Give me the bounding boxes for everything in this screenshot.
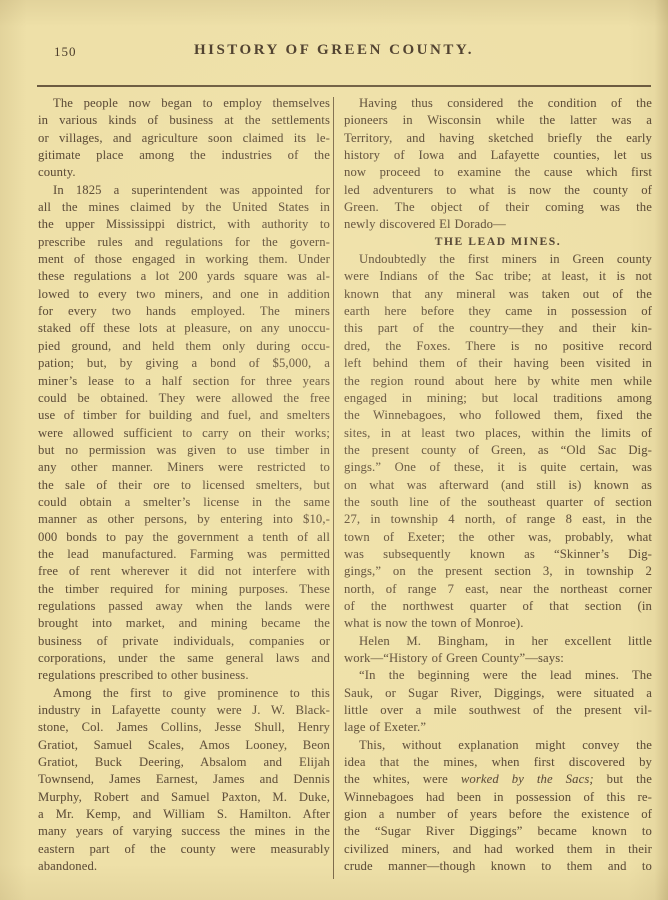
text-line: the Winnebagoes, who followed them, fixe… <box>344 407 652 424</box>
text-line: Sauk, or Sugar River, Diggings, were sit… <box>344 685 652 702</box>
header-rule <box>37 85 651 87</box>
text-line: staked off these lots at pleasure, on an… <box>38 320 330 337</box>
section-heading: THE LEAD MINES. <box>344 234 652 251</box>
page-header: 150 HISTORY OF GREEN COUNTY. <box>0 42 668 64</box>
text-line: lage of Exeter.” <box>344 719 652 736</box>
text-line: civilized miners, and had worked them in… <box>344 841 652 858</box>
text-line: Undoubtedly the first miners in Green co… <box>344 251 652 268</box>
text-line: north, of range 7 east, near the northea… <box>344 581 652 598</box>
text-line: the region round about here by white men… <box>344 373 652 390</box>
left-column: The people now began to employ themselve… <box>38 95 330 875</box>
text-line: Murphy, Robert and Samuel Paxton, M. Duk… <box>38 789 330 806</box>
text-line: these regulations a lot 200 yards square… <box>38 268 330 285</box>
text-line: for every two hands employed. The miners <box>38 303 330 320</box>
right-column: Having thus considered the condition of … <box>344 95 652 875</box>
text-line: gings.” One of these, it is quite certai… <box>344 459 652 476</box>
text-line: town of Exeter; the other was, probably,… <box>344 529 652 546</box>
text-line: brought into market, and mining became t… <box>38 615 330 632</box>
text-line: prescribe rules and regulations for the … <box>38 234 330 251</box>
text-line: the upper Mississippi district, with aut… <box>38 216 330 233</box>
text-line: was subsequently known as “Skinner’s Dig… <box>344 546 652 563</box>
text-line: 27, in township 4 north, of range 8 east… <box>344 511 652 528</box>
text-line: but no permission was given to use timbe… <box>38 442 330 459</box>
paragraph: This, without explanation might convey t… <box>344 737 652 876</box>
text-line: Townsend, James Earnest, James and Denni… <box>38 771 330 788</box>
text-line: lowed to every two miners, and one in ad… <box>38 286 330 303</box>
text-line: Gratiot, Buck Deering, Absalom and Elija… <box>38 754 330 771</box>
text-line: little over a mile southwest of the pres… <box>344 702 652 719</box>
text-line: led adventurers to what is now the count… <box>344 182 652 199</box>
text-line: what is now the town of Monroe). <box>344 615 652 632</box>
book-page: 150 HISTORY OF GREEN COUNTY. The people … <box>0 0 668 900</box>
paragraph: Undoubtedly the first miners in Green co… <box>344 251 652 633</box>
text-line: use of timber for building and fuel, and… <box>38 407 330 424</box>
text-line: “In the beginning were the lead mines. T… <box>344 667 652 684</box>
text-line: known that any mineral was taken out of … <box>344 286 652 303</box>
text-line: the lead manufactured. Farming was permi… <box>38 546 330 563</box>
text-line: or villages, and agriculture soon claime… <box>38 130 330 147</box>
text-line: were allowed sufficient to carry on thei… <box>38 425 330 442</box>
text-line: the sale of their ore to licensed smelte… <box>38 477 330 494</box>
text-line: Green. The object of their coming was th… <box>344 199 652 216</box>
text-line: could be obtained. They were allowed the… <box>38 390 330 407</box>
column-divider <box>333 97 334 879</box>
text-line: gings,” on the present section 3, in tow… <box>344 563 652 580</box>
text-line: crude manner—though known to them and to <box>344 858 652 875</box>
text-line: the timber required for mining purposes.… <box>38 581 330 598</box>
text-line: pioneers in Wisconsin while the latter w… <box>344 112 652 129</box>
text-line: industry in Lafayette county were J. W. … <box>38 702 330 719</box>
text-line: eastern part of the county were measurab… <box>38 841 330 858</box>
text-line: earth here before they came in possessio… <box>344 303 652 320</box>
text-line: a Mr. Kemp, and William S. Hamilton. Aft… <box>38 806 330 823</box>
text-line: Territory, and having sketched briefly t… <box>344 130 652 147</box>
text-line: corporations, under the same general law… <box>38 650 330 667</box>
text-line: left behind them of their having been vi… <box>344 355 652 372</box>
text-line: newly discovered El Dorado— <box>344 216 652 233</box>
paragraph: Helen M. Bingham, in her excellent littl… <box>344 633 652 668</box>
text-line: could obtain a smelter’s license in the … <box>38 494 330 511</box>
text-line: gitimate place among the industries of t… <box>38 147 330 164</box>
text-line: work—“History of Green County”—says: <box>344 650 652 667</box>
text-line: abandoned. <box>38 858 330 875</box>
text-line: Winnebagoes had been in possession of th… <box>344 789 652 806</box>
paragraph: “In the beginning were the lead mines. T… <box>344 667 652 736</box>
text-line: on what was afterward (and still is) kno… <box>344 477 652 494</box>
text-line: pation; but, by giving a bond of $5,000,… <box>38 355 330 372</box>
text-line: the whites, were worked by the Sacs; but… <box>344 771 652 788</box>
text-line: the south line of the southeast quarter … <box>344 494 652 511</box>
text-line: of the northwest quarter of that section… <box>344 598 652 615</box>
text-line: idea that the mines, when first discover… <box>344 754 652 771</box>
text-line: this part of the country—they and their … <box>344 320 652 337</box>
text-line: Helen M. Bingham, in her excellent littl… <box>344 633 652 650</box>
text-line: manner as other persons, by entering int… <box>38 511 330 528</box>
text-line: This, without explanation might convey t… <box>344 737 652 754</box>
text-line: county. <box>38 164 330 181</box>
text-line: many years of varying success the mines … <box>38 823 330 840</box>
paragraph: Having thus considered the condition of … <box>344 95 652 234</box>
text-line: the present county of Green, as “Old Sac… <box>344 442 652 459</box>
text-line: now proceed to examine the cause which f… <box>344 164 652 181</box>
text-line: business of private individuals, compani… <box>38 633 330 650</box>
text-line: dred, the Foxes. There is no positive re… <box>344 338 652 355</box>
text-line: miner’s lease to a half section for thre… <box>38 373 330 390</box>
text-line: engaged in mining; but local traditions … <box>344 390 652 407</box>
text-line: stone, Col. James Collins, Jesse Shull, … <box>38 719 330 736</box>
text-line: history of Iowa and Lafayette counties, … <box>344 147 652 164</box>
text-line: all the mines claimed by the United Stat… <box>38 199 330 216</box>
text-line: Having thus considered the condition of … <box>344 95 652 112</box>
text-line: regulations passed away when the lands w… <box>38 598 330 615</box>
text-line: in various kinds of business at the sett… <box>38 112 330 129</box>
text-line: In 1825 a superintendent was appointed f… <box>38 182 330 199</box>
text-line: any other manner. Miners were restricted… <box>38 459 330 476</box>
text-line: Among the first to give prominence to th… <box>38 685 330 702</box>
text-line: free of rent wherever it did not interfe… <box>38 563 330 580</box>
text-line: pied ground, and held them only during o… <box>38 338 330 355</box>
text-line: 000 bonds to pay the government a tenth … <box>38 529 330 546</box>
text-line: sites, in at least two places, within th… <box>344 425 652 442</box>
text-line: The people now began to employ themselve… <box>38 95 330 112</box>
paragraph: In 1825 a superintendent was appointed f… <box>38 182 330 685</box>
paragraph: Among the first to give prominence to th… <box>38 685 330 876</box>
text-line: regulations prescribed to other business… <box>38 667 330 684</box>
text-line: gion a number of years before the existe… <box>344 806 652 823</box>
text-line: were Indians of the Sac tribe; at least,… <box>344 268 652 285</box>
text-line: ment of those engaged in working them. U… <box>38 251 330 268</box>
text-line: the “Sugar River Diggings” became known … <box>344 823 652 840</box>
text-line: Gratiot, Samuel Scales, Amos Looney, Beo… <box>38 737 330 754</box>
paragraph: The people now began to employ themselve… <box>38 95 330 182</box>
page-header-title: HISTORY OF GREEN COUNTY. <box>0 42 668 59</box>
